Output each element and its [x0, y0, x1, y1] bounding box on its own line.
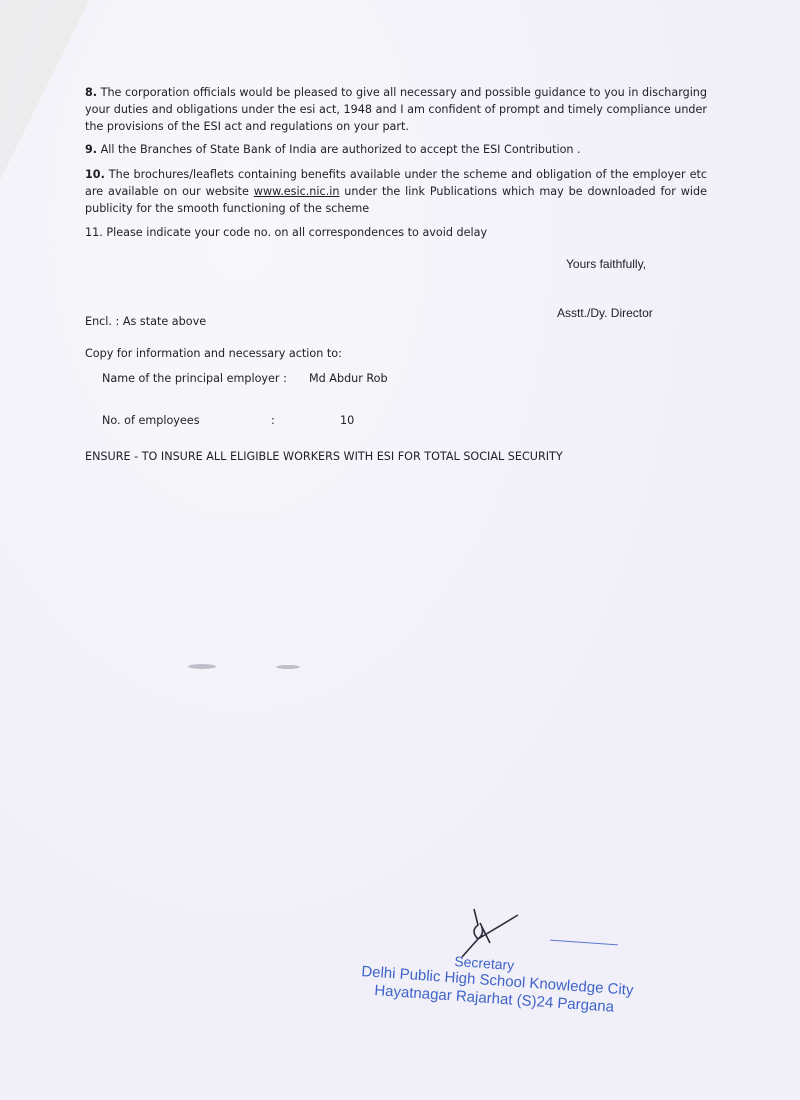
scan-smudge — [276, 665, 300, 669]
paragraph-number: 9. — [85, 143, 97, 156]
employees-value: 10 — [340, 414, 354, 427]
enclosure-note: Encl. : As state above — [85, 315, 206, 328]
salutation: Yours faithfully, — [566, 257, 646, 271]
employees-label: No. of employees — [102, 414, 200, 427]
paragraph-8: 8. The corporation officials would be pl… — [85, 84, 707, 135]
slogan: ENSURE - TO INSURE ALL ELIGIBLE WORKERS … — [85, 450, 563, 463]
paragraph-number: 11. — [85, 226, 103, 239]
paragraph-10: 10. The brochures/leaflets containing be… — [85, 166, 707, 217]
website-link[interactable]: www.esic.nic.in — [254, 185, 340, 198]
employees-separator: : — [271, 414, 275, 427]
paragraph-9: 9. All the Branches of State Bank of Ind… — [85, 141, 707, 158]
paragraph-text: Please indicate your code no. on all cor… — [103, 226, 487, 239]
paragraph-text: All the Branches of State Bank of India … — [97, 143, 581, 156]
paragraph-number: 8. — [85, 86, 97, 99]
copy-heading: Copy for information and necessary actio… — [85, 347, 342, 360]
paper-texture — [0, 0, 800, 1100]
paragraph-11: 11. Please indicate your code no. on all… — [85, 224, 707, 241]
designation: Asstt./Dy. Director — [557, 306, 653, 320]
paragraph-number: 10. — [85, 168, 105, 181]
scan-smudge — [188, 664, 216, 669]
employer-label: Name of the principal employer : — [102, 372, 287, 385]
employer-value: Md Abdur Rob — [309, 372, 388, 385]
paragraph-text: The corporation officials would be pleas… — [85, 86, 707, 133]
